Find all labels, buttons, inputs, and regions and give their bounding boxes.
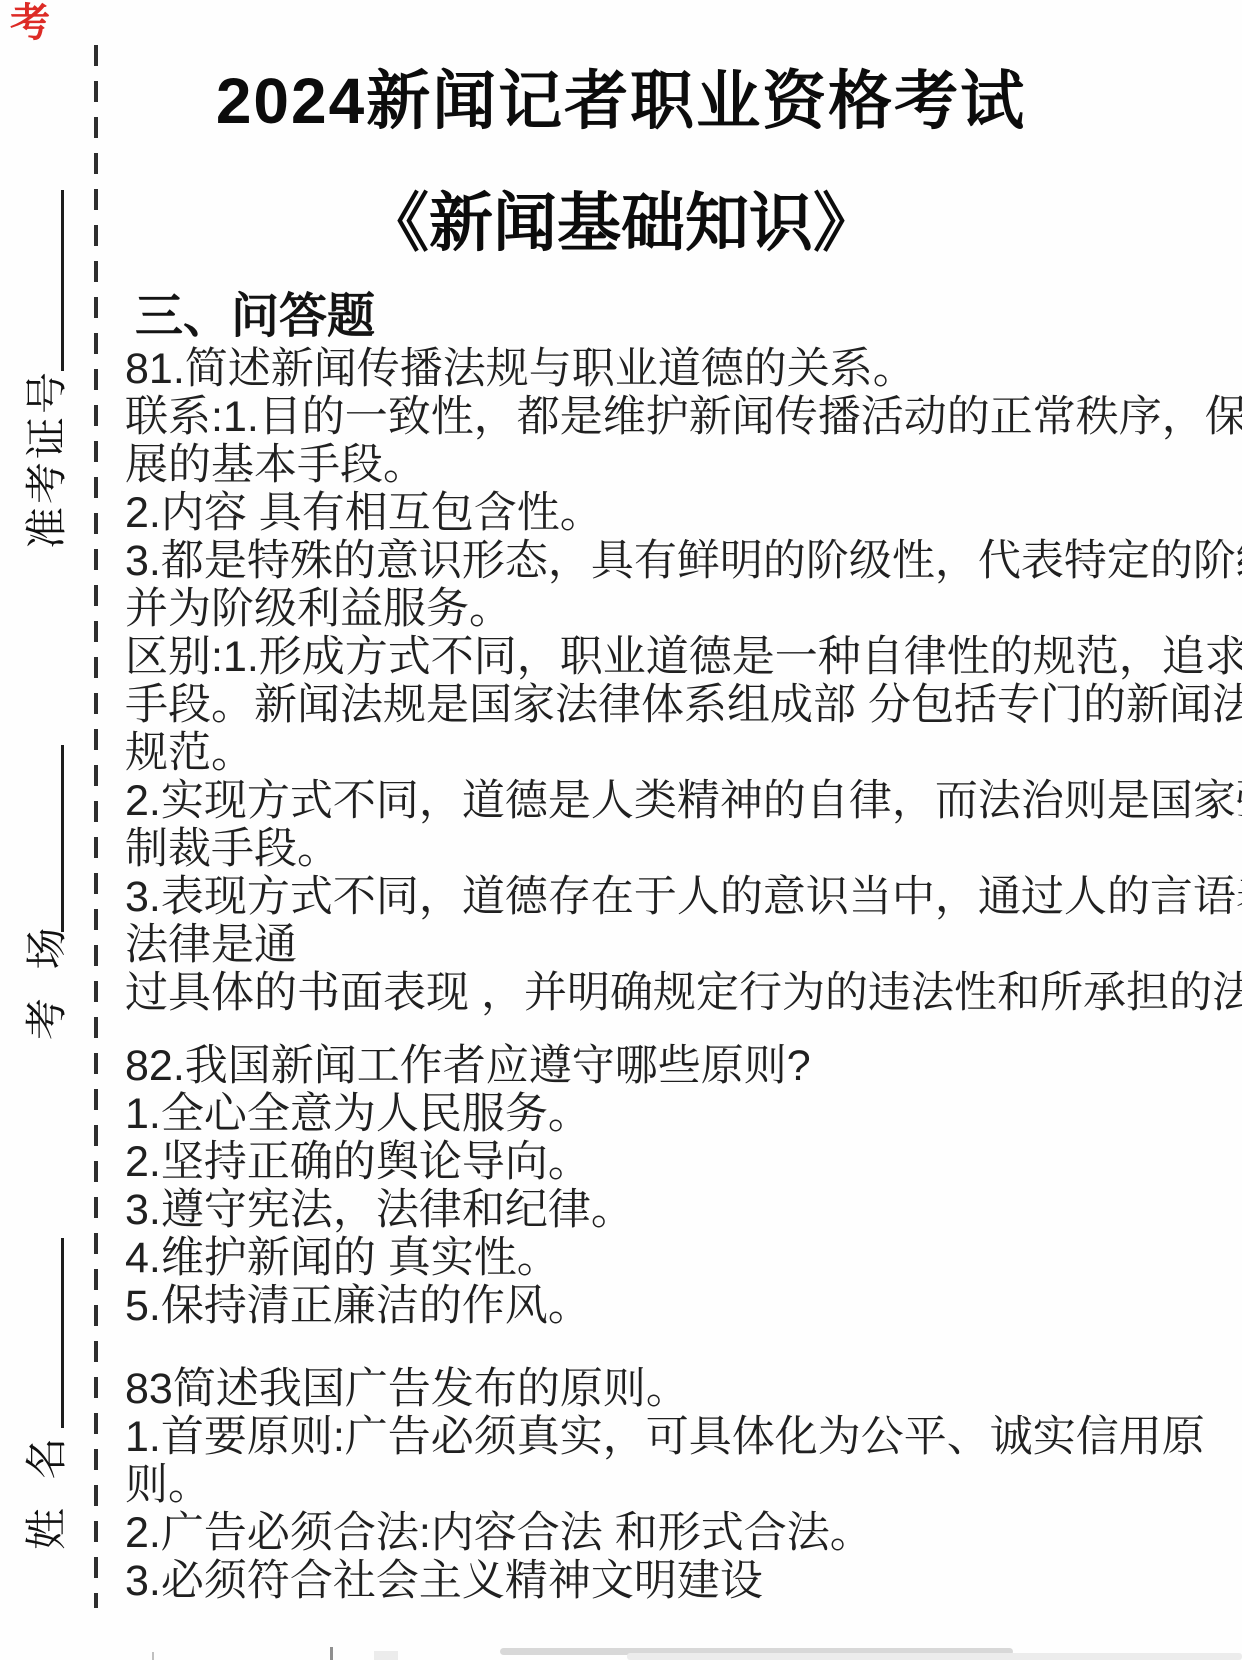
question-line-83: 83简述我国广告发布的原则。 (125, 1365, 1242, 1413)
answer-line: 1.首要原则:广告必须真实，可具体化为公平、诚实信用原 (125, 1413, 1242, 1461)
answer-line: 2.坚持正确的舆论导向。 (125, 1138, 1242, 1186)
answer-line: 2.内容 具有相互包含性。 (125, 489, 1242, 537)
answer-line: 5.保持清正廉洁的作风。 (125, 1282, 1242, 1330)
answer-line: 过具体的书面表现 ，并明确规定行为的违法性和所承担的法律 (125, 969, 1242, 1017)
answer-line: 并为阶级利益服务。 (125, 585, 1242, 633)
answer-line: 3.遵守宪法，法律和纪律。 (125, 1186, 1242, 1234)
answer-line: 联系:1.目的一致性，都是维护新闻传播活动的正常秩序，保障 (125, 393, 1242, 441)
answer-line: 制裁手段。 (125, 825, 1242, 873)
answer-line: 区别:1.形成方式不同，职业道德是一种自律性的规范，追求自 (125, 633, 1242, 681)
answer-line: 3.都是特殊的意识形态，具有鲜明的阶级性，代表特定的阶级 (125, 537, 1242, 585)
bottom-tick-mark (330, 1647, 333, 1660)
bottom-grey-square (374, 1651, 398, 1660)
answer-line: 3.表现方式不同，道德存在于人的意识当中，通过人的言语表 (125, 873, 1242, 921)
bottom-grey-bar-light (627, 1653, 1242, 1660)
answer-line: 1.全心全意为人民服务。 (125, 1090, 1242, 1138)
answer-line: 2.广告必须合法:内容合法 和形式合法。 (125, 1509, 1242, 1557)
answer-line: 4.维护新闻的 真实性。 (125, 1234, 1242, 1282)
answer-line: 2.实现方式不同，道德是人类精神的自律，而法治则是国家强 (125, 777, 1242, 825)
answer-line: 法律是通 (125, 921, 1242, 969)
bottom-tick-mark (152, 1652, 154, 1660)
question-line-82: 82.我国新闻工作者应遵守哪些原则? (125, 1042, 1242, 1090)
answer-line: 展的基本手段。 (125, 441, 1242, 489)
exam-content: 2024新闻记者职业资格考试 《新闻基础知识》 三、问答题 81.简述新闻传播法… (0, 0, 1242, 1605)
exam-subtitle: 《新闻基础知识》 (0, 186, 1242, 260)
exam-title: 2024新闻记者职业资格考试 (0, 64, 1242, 138)
answer-line: 手段。新闻法规是国家法律体系组成部 分包括专门的新闻法和 (125, 681, 1242, 729)
answer-line: 则。 (125, 1461, 1242, 1509)
section-heading: 三、问答题 (135, 292, 1242, 342)
question-line-81: 81.简述新闻传播法规与职业道德的关系。 (125, 345, 1242, 393)
answer-line: 规范。 (125, 729, 1242, 777)
exam-sheet-page: 考 准考证号 考 场 姓 名 2024新闻记者职业资格考试 《新闻基础知识》 三… (0, 0, 1242, 1660)
answer-line: 3.必须符合社会主义精神文明建设 (125, 1557, 1242, 1605)
